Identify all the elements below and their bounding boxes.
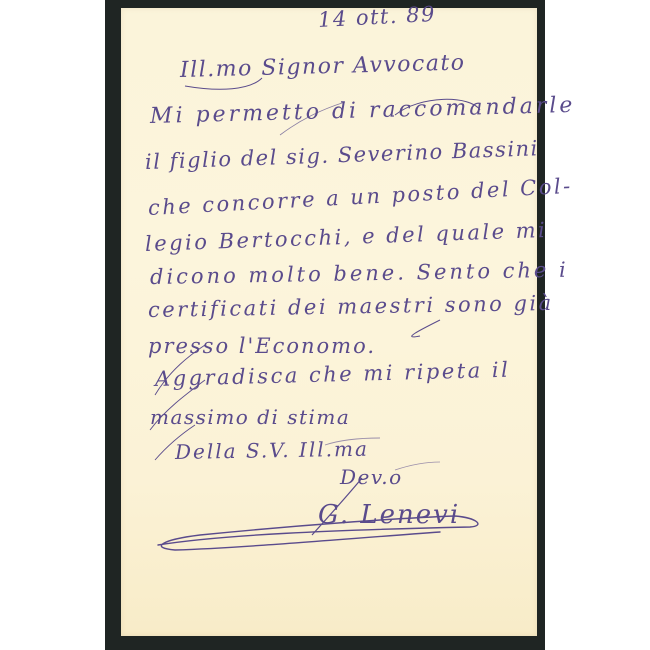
letter-body-line-7: presso l'Economo.	[148, 334, 376, 358]
letter-closing: Della S.V. Ill.ma	[175, 437, 369, 464]
letter-body-line-9: massimo di stima	[150, 405, 350, 429]
letter-valediction: Dev.o	[340, 465, 403, 489]
letter-signature: G. Lenevi	[318, 500, 460, 530]
